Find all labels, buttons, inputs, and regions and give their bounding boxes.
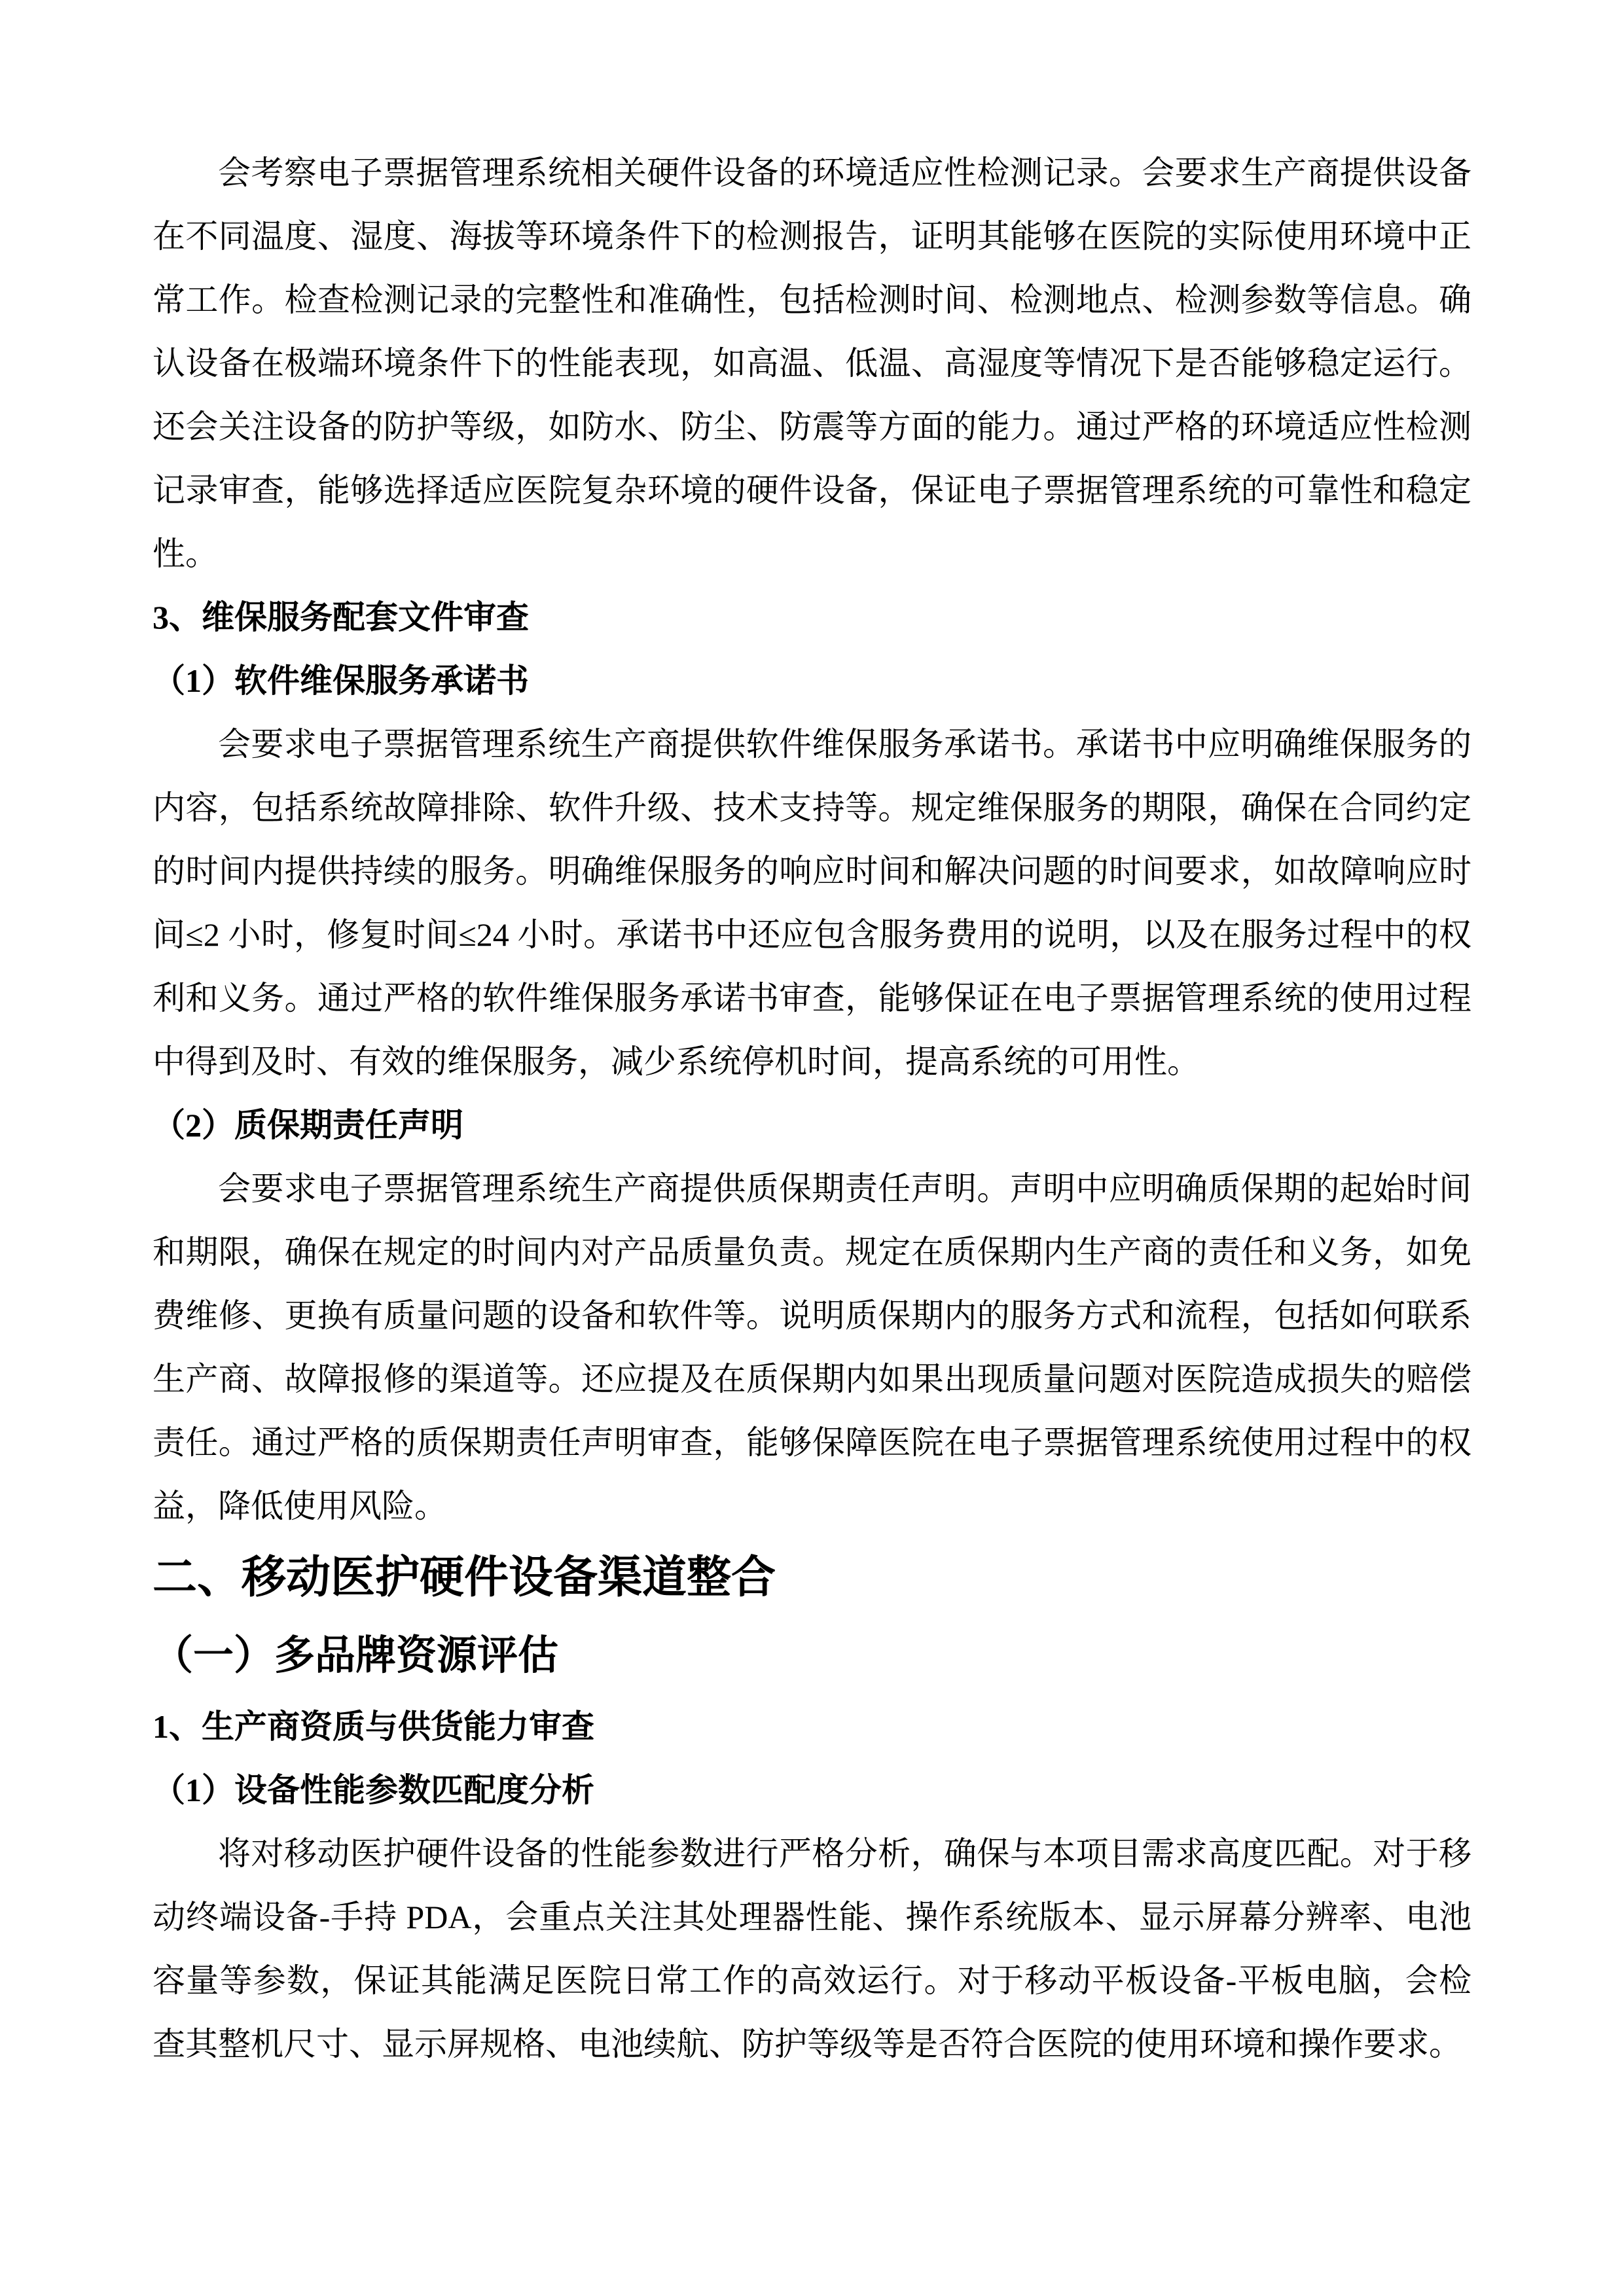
body-paragraph-software-maintenance: 会要求电子票据管理系统生产商提供软件维保服务承诺书。承诺书中应明确维保服务的内容… [153,713,1471,1094]
heading-manufacturer-qualification-review: 1、生产商资质与供货能力审查 [153,1695,1471,1759]
body-paragraph-device-performance: 将对移动医护硬件设备的性能参数进行严格分析，确保与本项目需求高度匹配。对于移动终… [153,1822,1471,2076]
heading-maintenance-service-docs-review: 3、维保服务配套文件审查 [153,586,1471,649]
heading-warranty-responsibility-statement: （2）质保期责任声明 [153,1094,1471,1157]
body-paragraph-env-adaptability: 会考察电子票据管理系统相关硬件设备的环境适应性检测记录。会要求生产商提供设备在不… [153,141,1471,586]
heading-device-performance-matching-analysis: （1）设备性能参数匹配度分析 [153,1759,1471,1822]
heading-multi-brand-resource-evaluation: （一）多品牌资源评估 [153,1617,1471,1695]
heading-software-maintenance-commitment: （1）软件维保服务承诺书 [153,649,1471,713]
body-paragraph-warranty-responsibility: 会要求电子票据管理系统生产商提供质保期责任声明。声明中应明确质保期的起始时间和期… [153,1157,1471,1538]
heading-section-2-mobile-medical-hardware: 二、移动医护硬件设备渠道整合 [153,1538,1471,1617]
document-page: 会考察电子票据管理系统相关硬件设备的环境适应性检测记录。会要求生产商提供设备在不… [0,0,1624,2296]
